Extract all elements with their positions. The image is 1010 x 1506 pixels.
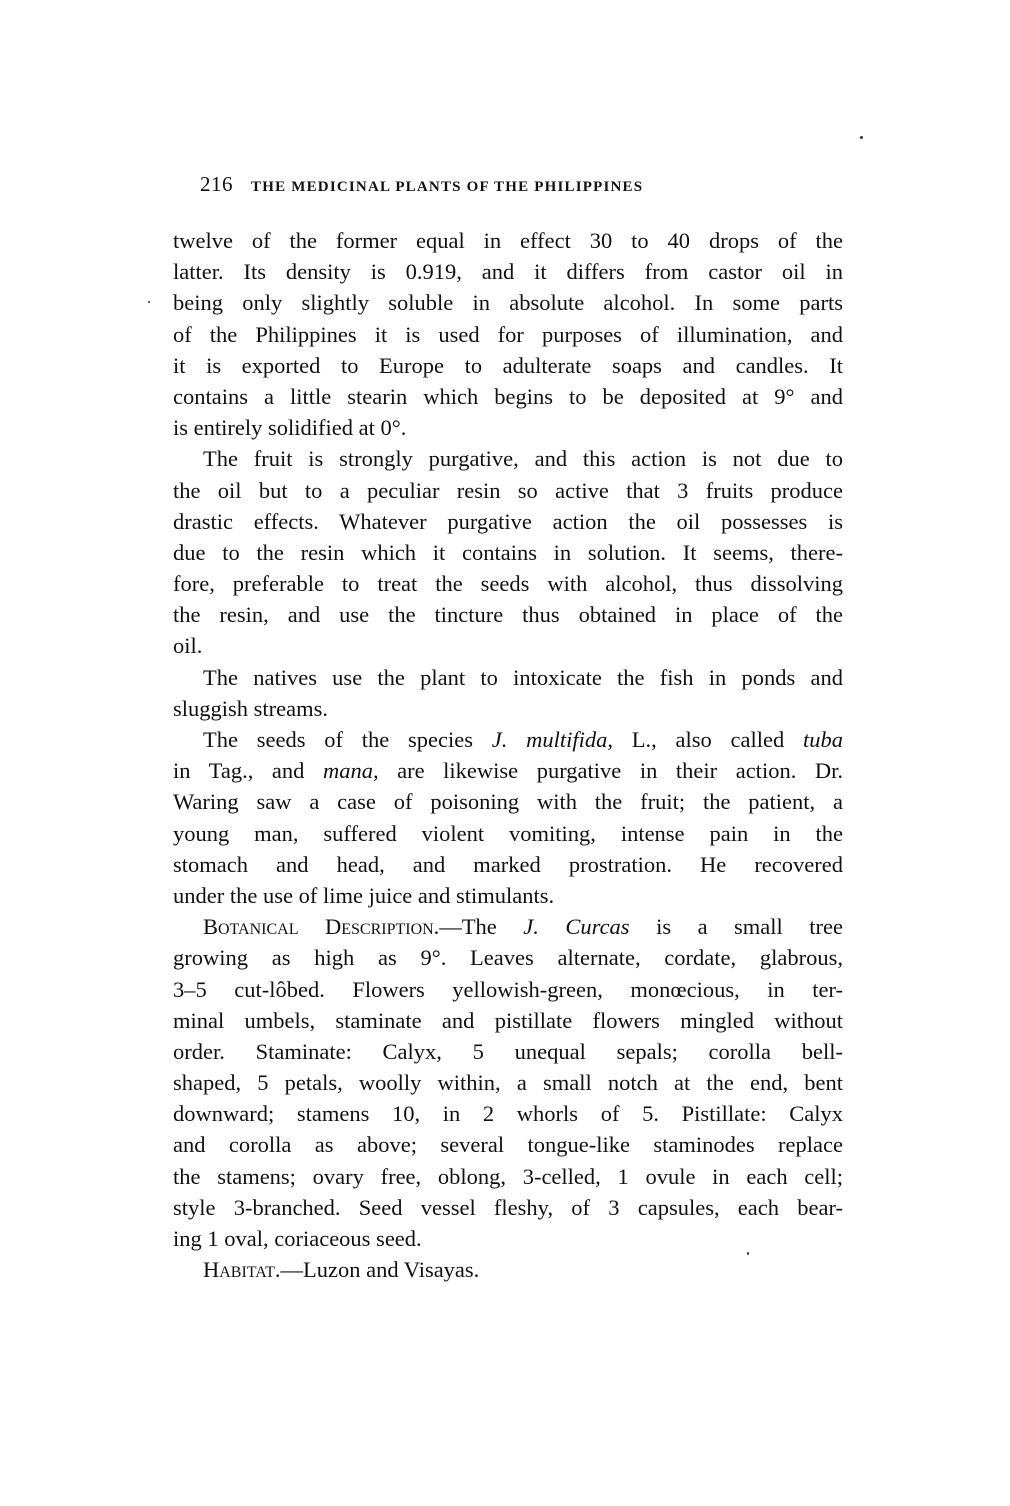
text-run: is a small tree	[630, 914, 843, 939]
text-line: Botanical Description.—The J. Curcas is …	[173, 911, 843, 942]
book-page: 216 THE MEDICINAL PLANTS OF THE PHILIPPI…	[0, 0, 1010, 1506]
page-number: 216	[200, 172, 233, 197]
paragraph-oil-properties: twelve of the former equal in effect 30 …	[173, 225, 843, 443]
text-line: style 3-branched. Seed vessel fleshy, of…	[173, 1192, 843, 1223]
species-name: J. Curcas	[523, 914, 629, 939]
text-line: the resin, and use the tincture thus obt…	[173, 599, 843, 630]
text-run: The seeds of the species	[203, 727, 492, 752]
text-line: stomach and head, and marked prostration…	[173, 849, 843, 880]
text-line: young man, suffered violent vomiting, in…	[173, 818, 843, 849]
text-line: The seeds of the species J. multifida, L…	[173, 724, 843, 755]
text-line: the oil but to a peculiar resin so activ…	[173, 475, 843, 506]
print-speck	[860, 136, 863, 139]
running-title: THE MEDICINAL PLANTS OF THE PHILIPPINES	[251, 179, 643, 196]
paragraph-fish-intoxication: The natives use the plant to intoxicate …	[173, 662, 843, 724]
text-line: drastic effects. Whatever purgative acti…	[173, 506, 843, 537]
section-heading: Botanical Description.	[203, 914, 439, 939]
text-line: being only slightly soluble in absolute …	[173, 287, 843, 318]
text-line: and corolla as above; several tongue-lik…	[173, 1129, 843, 1160]
text-line: shaped, 5 petals, woolly within, a small…	[173, 1067, 843, 1098]
paragraph-fruit-purgative: The fruit is strongly purgative, and thi…	[173, 443, 843, 661]
text-line: The fruit is strongly purgative, and thi…	[173, 443, 843, 474]
text-line: contains a little stearin which begins t…	[173, 381, 843, 412]
text-line: The natives use the plant to intoxicate …	[173, 662, 843, 693]
text-run: L., also called	[613, 727, 803, 752]
text-line: twelve of the former equal in effect 30 …	[173, 225, 843, 256]
print-speck	[148, 301, 150, 303]
text-run: —Luzon and Visayas.	[280, 1257, 479, 1282]
text-line: the stamens; ovary free, oblong, 3-celle…	[173, 1161, 843, 1192]
text-line: sluggish streams.	[173, 693, 843, 724]
text-line: in Tag., and mana, are likewise purgativ…	[173, 755, 843, 786]
text-line: of the Philippines it is used for purpos…	[173, 319, 843, 350]
vernacular-name: mana,	[323, 758, 379, 783]
section-heading: Habitat.	[203, 1257, 280, 1282]
species-name: J. multifida,	[492, 727, 613, 752]
text-line: downward; stamens 10, in 2 whorls of 5. …	[173, 1098, 843, 1129]
vernacular-name: tuba	[803, 727, 843, 752]
text-line: order. Staminate: Calyx, 5 unequal sepal…	[173, 1036, 843, 1067]
text-line: fore, preferable to treat the seeds with…	[173, 568, 843, 599]
text-line: 3–5 cut-lôbed. Flowers yellowish-green, …	[173, 974, 843, 1005]
paragraph-habitat: Habitat.—Luzon and Visayas.	[173, 1254, 843, 1285]
text-run: in Tag., and	[173, 758, 323, 783]
text-line: is entirely solidified at 0°.	[173, 412, 843, 443]
text-run: —The	[439, 914, 523, 939]
text-line: Waring saw a case of poisoning with the …	[173, 786, 843, 817]
text-line: it is exported to Europe to adulterate s…	[173, 350, 843, 381]
text-line: latter. Its density is 0.919, and it dif…	[173, 256, 843, 287]
text-line: ing 1 oval, coriaceous seed.	[173, 1223, 843, 1254]
text-line: oil.	[173, 630, 843, 661]
paragraph-botanical-description: Botanical Description.—The J. Curcas is …	[173, 911, 843, 1254]
text-line: growing as high as 9°. Leaves alternate,…	[173, 942, 843, 973]
running-header: 216 THE MEDICINAL PLANTS OF THE PHILIPPI…	[200, 172, 840, 202]
text-line: Habitat.—Luzon and Visayas.	[173, 1254, 843, 1285]
text-run: are likewise purgative in their action. …	[379, 758, 843, 783]
paragraph-multifida-seeds: The seeds of the species J. multifida, L…	[173, 724, 843, 911]
body-text: twelve of the former equal in effect 30 …	[173, 225, 843, 1285]
text-line: minal umbels, staminate and pistillate f…	[173, 1005, 843, 1036]
text-line: under the use of lime juice and stimulan…	[173, 880, 843, 911]
text-line: due to the resin which it contains in so…	[173, 537, 843, 568]
